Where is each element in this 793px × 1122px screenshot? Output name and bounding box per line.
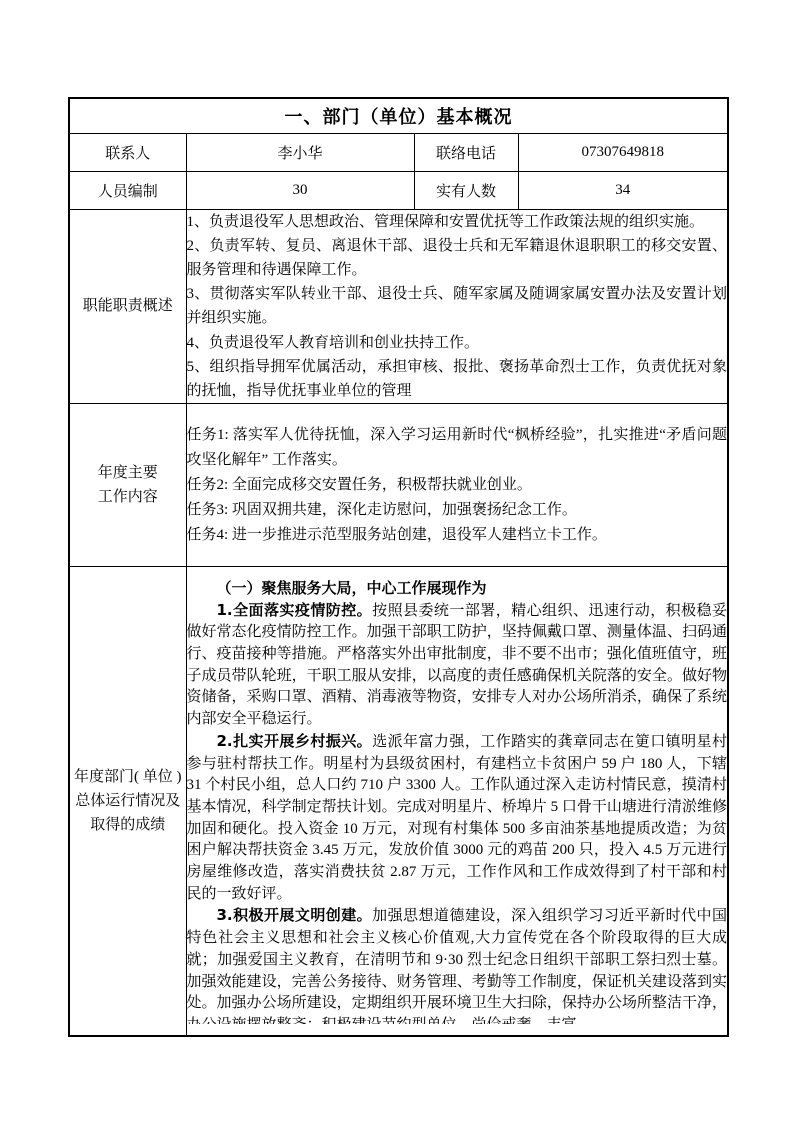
paragraph-body: 加强思想道德建设，深入组织学习习近平新时代中国特色社会主义思想和社会主义核心价值…: [187, 908, 728, 1023]
duties-row: 职能职责概述 1、负责退役军人思想政治、管理保障和安置优抚等工作政策法规的组织实…: [69, 209, 728, 404]
phone-value: 07307649818: [518, 133, 728, 171]
annual-tasks-label: 年度主要 工作内容: [69, 404, 186, 567]
duties-label: 职能职责概述: [69, 209, 186, 404]
actual-headcount-value: 34: [518, 171, 728, 209]
annual-tasks-row: 年度主要 工作内容 任务1: 落实军人优待抚恤，深入学习运用新时代“枫桥经验”，…: [69, 404, 728, 567]
document-page: 一、部门（单位）基本概况 联系人 李小华 联络电话 07307649818 人员…: [0, 0, 793, 1122]
performance-section-heading: （一）聚焦服务大局，中心工作展现作为: [187, 578, 728, 600]
paragraph-lead: 1.全面落实疫情防控。: [217, 601, 373, 619]
paragraph-lead: 3.积极开展文明创建。: [217, 906, 373, 924]
duty-item: 1、负责退役军人思想政治、管理保障和安置优抚等工作政策法规的组织实施。: [187, 210, 728, 234]
staffing-label: 人员编制: [69, 171, 186, 209]
paragraph-lead: 2.扎实开展乡村振兴。: [217, 732, 373, 750]
contact-label: 联系人: [69, 133, 186, 171]
duty-item: 5、组织指导拥军优属活动，承担审核、报批、褒扬革命烈士工作，负责优抚对象的抚恤，…: [187, 355, 728, 403]
performance-content: （一）聚焦服务大局，中心工作展现作为 1.全面落实疫情防控。按照县委统一部署，精…: [186, 567, 728, 1036]
actual-headcount-label: 实有人数: [414, 171, 518, 209]
contact-value: 李小华: [186, 133, 414, 171]
duties-content: 1、负责退役军人思想政治、管理保障和安置优抚等工作政策法规的组织实施。 2、负责…: [186, 209, 728, 404]
paragraph-body: 选派年富力强，工作踏实的龚章同志在筻口镇明星村参与驻村帮扶工作。明星村为县级贫困…: [187, 734, 728, 902]
performance-paragraph: 3.积极开展文明创建。加强思想道德建设，深入组织学习习近平新时代中国特色社会主义…: [187, 905, 728, 1023]
task-item: 任务2: 全面完成移交安置任务，积极帮扶就业创业。: [187, 473, 728, 498]
staffing-value: 30: [186, 171, 414, 209]
duty-item: 3、贯彻落实军队转业干部、退役士兵、随军家属及随调家属安置办法及安置计划并组织实…: [187, 282, 728, 330]
performance-row: 年度部门( 单位 ) 总体运行情况及 取得的成绩 （一）聚焦服务大局，中心工作展…: [69, 567, 728, 1036]
phone-label: 联络电话: [414, 133, 518, 171]
performance-paragraph: 2.扎实开展乡村振兴。选派年富力强，工作踏实的龚章同志在筻口镇明星村参与驻村帮扶…: [187, 731, 728, 906]
section-title: 一、部门（单位）基本概况: [69, 98, 728, 133]
paragraph-body: 按照县委统一部署，精心组织、迅速行动，积极稳妥做好常态化疫情防控工作。加强干部职…: [187, 603, 728, 728]
contact-row: 联系人 李小华 联络电话 07307649818: [69, 133, 728, 171]
annual-tasks-content: 任务1: 落实军人优待抚恤，深入学习运用新时代“枫桥经验”，扎实推进“矛盾问题攻…: [186, 404, 728, 567]
task-item: 任务4: 进一步推进示范型服务站创建，退役军人建档立卡工作。: [187, 523, 728, 548]
task-item: 任务3: 巩固双拥共建，深化走访慰问，加强褒扬纪念工作。: [187, 498, 728, 523]
performance-paragraph: 1.全面落实疫情防控。按照县委统一部署，精心组织、迅速行动，积极稳妥做好常态化疫…: [187, 600, 728, 731]
task-item: 任务1: 落实军人优待抚恤，深入学习运用新时代“枫桥经验”，扎实推进“矛盾问题攻…: [187, 423, 728, 473]
performance-text-block: （一）聚焦服务大局，中心工作展现作为 1.全面落实疫情防控。按照县委统一部署，精…: [187, 578, 728, 1024]
table-title-row: 一、部门（单位）基本概况: [69, 98, 728, 133]
duty-item: 4、负责退役军人教育培训和创业扶持工作。: [187, 331, 728, 355]
staffing-row: 人员编制 30 实有人数 34: [69, 171, 728, 209]
overview-table: 一、部门（单位）基本概况 联系人 李小华 联络电话 07307649818 人员…: [68, 97, 729, 1037]
performance-label: 年度部门( 单位 ) 总体运行情况及 取得的成绩: [69, 567, 186, 1036]
duty-item: 2、负责军转、复员、离退休干部、退役士兵和无军籍退休退职职工的移交安置、服务管理…: [187, 234, 728, 282]
